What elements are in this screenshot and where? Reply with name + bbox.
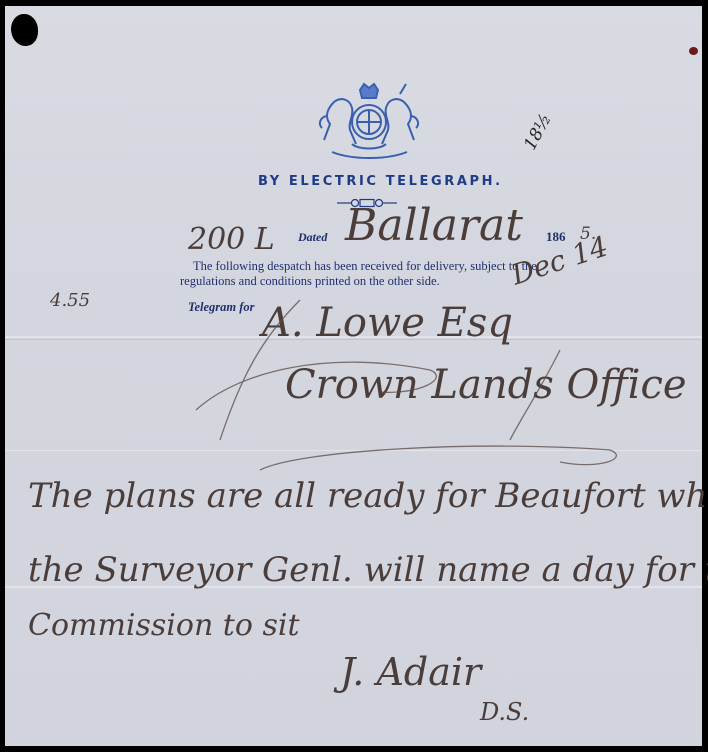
recipient-office: Crown Lands Office [285, 362, 687, 408]
signature: J. Adair [340, 650, 481, 694]
fold-crease [5, 450, 702, 451]
message-line-2: the Surveyor Genl. will name a day for t… [28, 550, 708, 590]
signature-title: D.S. [480, 698, 529, 726]
notice-line-2: regulations and conditions printed on th… [180, 274, 440, 289]
punch-hole [11, 14, 38, 46]
telegraph-heading: BY ELECTRIC TELEGRAPH. [258, 174, 503, 189]
notice-line-1: The following despatch has been received… [193, 259, 537, 274]
place-of-origin: Ballarat [345, 200, 523, 251]
recipient-name: A. Lowe Esq [262, 300, 513, 346]
telegram-for-label: Telegram for [188, 300, 255, 315]
time-written: 4.55 [50, 290, 90, 311]
royal-crest-icon [312, 82, 427, 166]
message-line-3: Commission to sit [28, 608, 300, 643]
word-count: 200 L [188, 222, 275, 257]
dated-label: Dated [298, 230, 327, 245]
ink-spot [689, 47, 698, 55]
message-line-1: The plans are all ready for Beaufort whe… [28, 476, 708, 516]
